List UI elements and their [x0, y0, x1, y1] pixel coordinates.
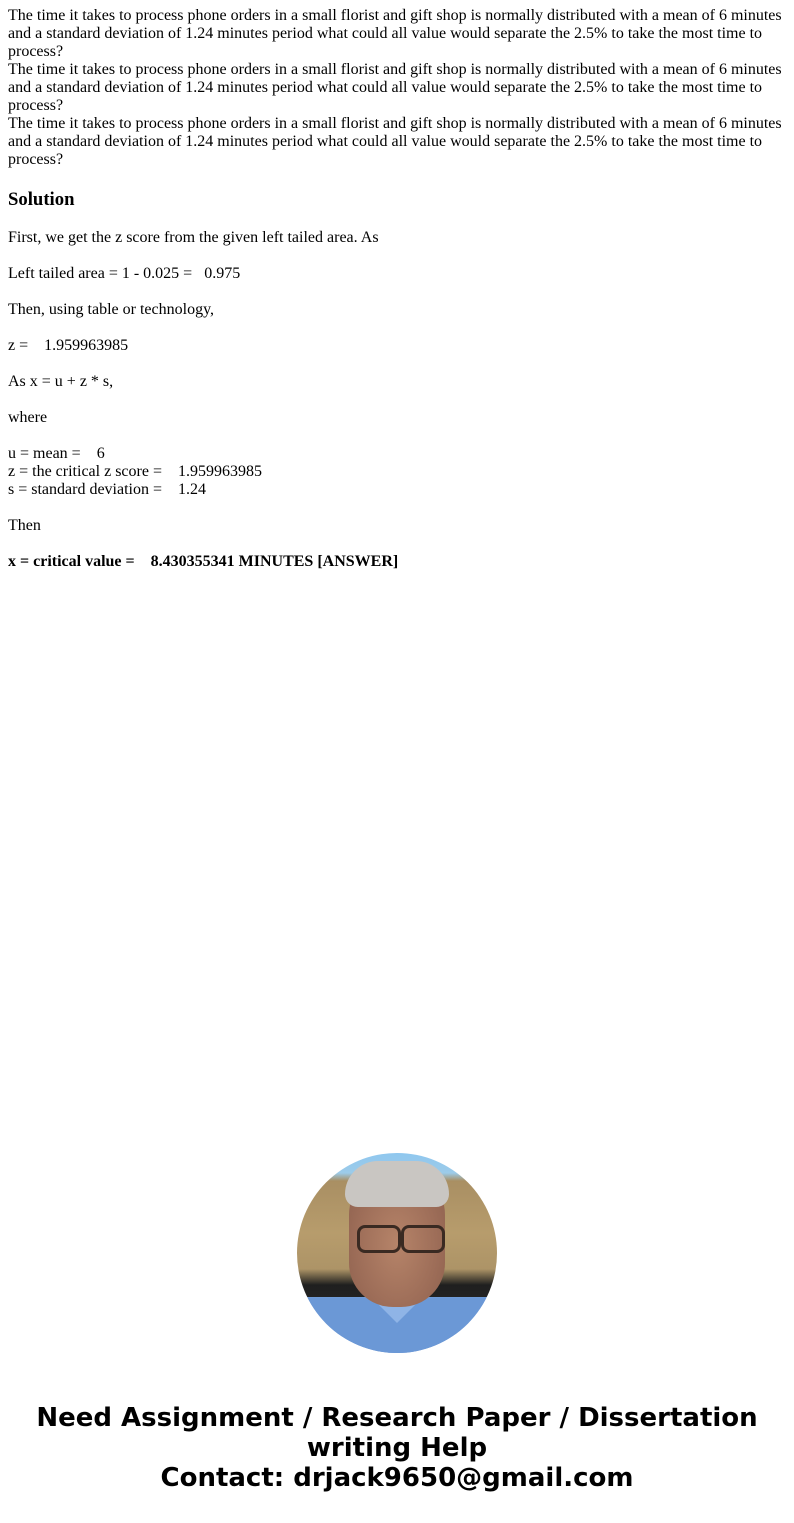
question-paragraph: The time it takes to process phone order…: [8, 115, 788, 169]
where-text: where: [8, 409, 788, 427]
promo-banner: Need Assignment / Research Paper / Disse…: [0, 1403, 794, 1493]
avatar-glasses: [401, 1225, 445, 1253]
left-tailed-area: Left tailed area = 1 - 0.025 = 0.975: [8, 265, 788, 283]
question-paragraph: The time it takes to process phone order…: [8, 61, 788, 115]
variable-sd: s = standard deviation = 1.24: [8, 481, 788, 499]
question-text: The time it takes to process phone order…: [8, 7, 788, 169]
variable-list: u = mean = 6 z = the critical z score = …: [8, 445, 788, 499]
variable-z: z = the critical z score = 1.959963985: [8, 463, 788, 481]
variable-mean: u = mean = 6: [8, 445, 788, 463]
author-avatar: [297, 1153, 497, 1353]
then-text: Then: [8, 517, 788, 535]
promo-contact: Contact: drjack9650@gmail.com: [0, 1463, 794, 1493]
solution-heading: Solution: [8, 189, 788, 211]
question-paragraph: The time it takes to process phone order…: [8, 7, 788, 61]
avatar-hair: [345, 1161, 449, 1207]
promo-line: Need Assignment / Research Paper / Disse…: [0, 1403, 794, 1433]
using-table-text: Then, using table or technology,: [8, 301, 788, 319]
final-answer: x = critical value = 8.430355341 MINUTES…: [8, 553, 788, 571]
z-value: z = 1.959963985: [8, 337, 788, 355]
promo-line: writing Help: [0, 1433, 794, 1463]
solution-intro: First, we get the z score from the given…: [8, 229, 788, 247]
formula: As x = u + z * s,: [8, 373, 788, 391]
avatar-glasses: [357, 1225, 401, 1253]
document-body: The time it takes to process phone order…: [8, 7, 788, 571]
